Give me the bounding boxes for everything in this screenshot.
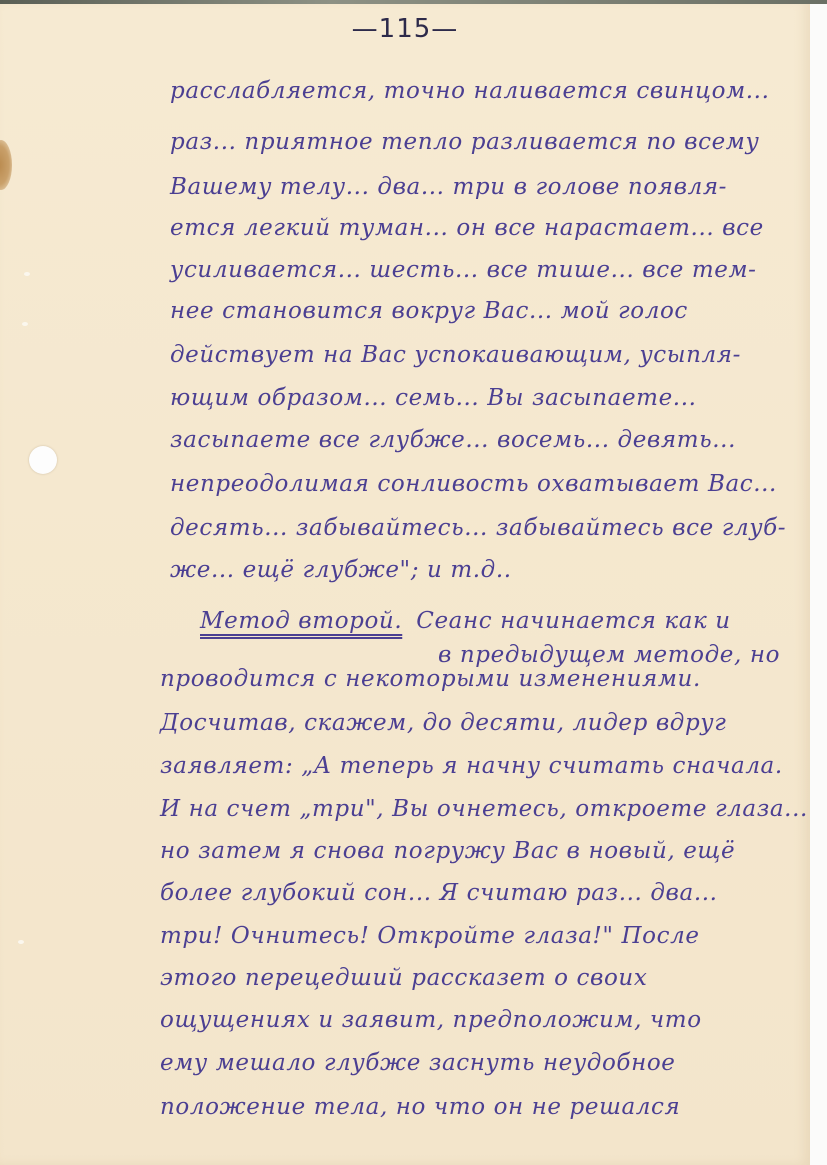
text-line: ется легкий туман... он все нарастает...… [170,215,764,241]
text-line: раз... приятное тепло разливается по все… [170,129,759,155]
section-first-line: Метод второй.Сеанс начинается как и [200,608,731,634]
text-line: три! Очнитесь! Откройте глаза!" После [160,923,700,949]
text-line: же... ещё глубже"; и т.д.. [170,557,512,583]
text-line: ему мешало глубже заснуть неудобное [160,1050,675,1076]
text-line: Досчитав, скажем, до десяти, лидер вдруг [160,710,726,736]
scan-top-edge [0,0,827,4]
paper-speck [24,272,30,276]
section-first-line-text: Сеанс начинается как и [416,608,730,634]
text-line: но затем я снова погружу Вас в новый, ещ… [160,838,735,864]
paper-speck [22,322,28,326]
text-line: десять... забывайтесь... забывайтесь все… [170,515,786,541]
text-line: нее становится вокруг Вас... мой голос [170,298,688,324]
text-line: заявляет: „А теперь я начну считать снач… [160,753,783,779]
text-line: проводится с некоторыми изменениями. [160,666,701,692]
text-line: ющим образом... семь... Вы засыпаете... [170,385,697,411]
section-heading: Метод второй. [200,608,402,634]
text-line: Вашему телу... два... три в голове появл… [170,174,727,200]
text-line: более глубокий сон... Я считаю раз... дв… [160,880,718,906]
paper-stain [0,140,12,190]
text-line: положение тела, но что он не решался [160,1094,680,1120]
text-line: засыпаете все глубже... восемь... девять… [170,427,736,453]
text-line: усиливается... шесть... все тише... все … [170,257,757,283]
text-line: в предыдущем методе, но [438,642,780,668]
scan-right-margin [810,4,827,1165]
text-line: действует на Вас успокаивающим, усыпля- [170,342,741,368]
paper-speck [18,940,24,944]
page-number: —115— [0,14,810,44]
text-line: этого перецедший рассказет о своих [160,965,647,991]
text-line: И на счет „три", Вы очнетесь, откроете г… [160,796,808,822]
text-line: ощущениях и заявит, предположим, что [160,1007,702,1033]
text-line: расслабляется, точно наливается свинцом.… [170,78,769,104]
manuscript-page: —115— расслабляется, точно наливается св… [0,0,810,1165]
punch-hole [29,446,57,474]
text-line: непреодолимая сонливость охватывает Вас.… [170,471,777,497]
